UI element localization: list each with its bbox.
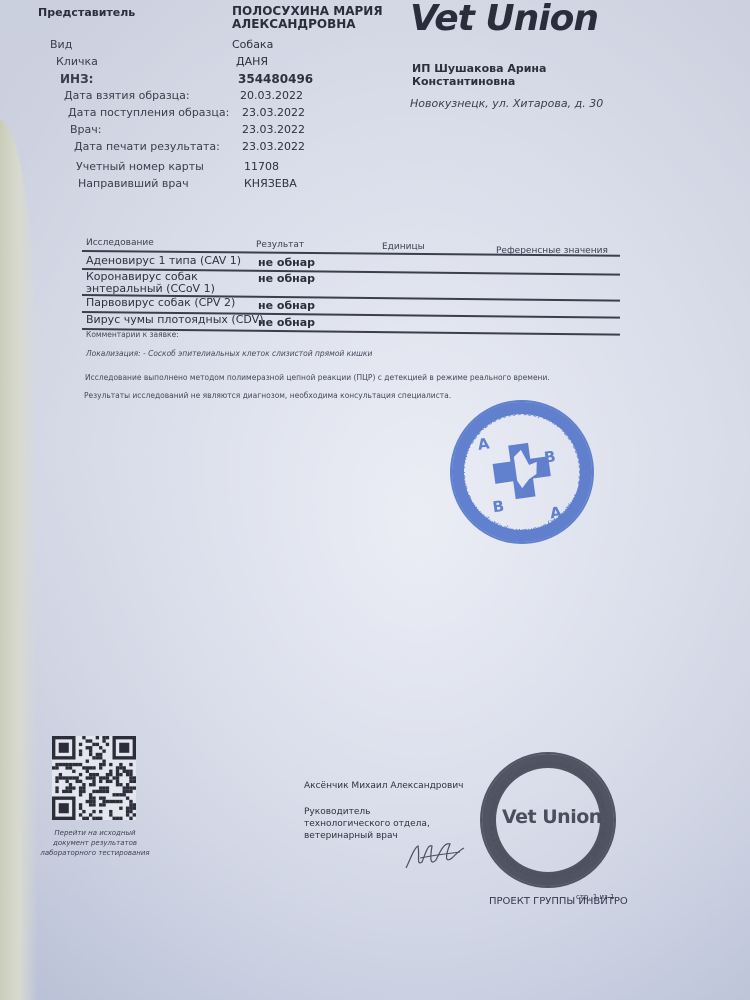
field-value: 23.03.2022 — [242, 123, 305, 136]
signature — [400, 838, 470, 874]
qr-caption: Перейти на исходный документ результатов… — [40, 828, 150, 858]
field-value: КНЯЗЕВА — [244, 177, 297, 190]
field-label: Врач: — [70, 123, 101, 136]
field-value: Собака — [232, 38, 273, 51]
vet-union-stamp: ОБЩЕСТВО С ОГРАНИЧЕННОЙ ОТВЕТСТВЕННОСТЬЮ… — [480, 752, 616, 888]
clinic-name: ИП Шушакова Арина Константиновна — [412, 62, 602, 88]
field-label: Кличка — [56, 55, 98, 68]
stamp-letter: А — [477, 434, 491, 453]
method-note: Исследование выполнено методом полимераз… — [85, 373, 550, 382]
signer-title: Руководитель технологического отдела, ве… — [304, 806, 454, 842]
representative-label: Представитель — [38, 6, 135, 19]
stamp-vet-union-logo: Vet Union — [502, 806, 602, 828]
field-value: 23.03.2022 — [242, 106, 305, 119]
field-label: Направивший врач — [78, 177, 189, 190]
field-label: Дата поступления образца: — [68, 106, 229, 119]
stamp-letter: В — [491, 497, 505, 516]
stamp-letter: В — [543, 447, 557, 466]
field-label: Дата взятия образца: — [64, 89, 190, 102]
table-row-result: не обнар — [258, 272, 315, 285]
page-fold-shadow — [0, 120, 38, 1000]
qr-code[interactable] — [52, 736, 136, 820]
field-label: ИНЗ: — [60, 72, 93, 86]
clinic-address: Новокузнецк, ул. Хитарова, д. 30 — [410, 97, 603, 110]
representative-value: ПОЛОСУХИНА МАРИЯ АЛЕКСАНДРОВНА — [232, 5, 407, 31]
clinic-stamp: ОГРНИП 321420500059155, ИНН 421703355250… — [441, 391, 604, 554]
comments-label: Комментарии к заявке: — [86, 330, 179, 339]
field-value: 354480496 — [238, 72, 313, 86]
field-label: Учетный номер карты — [76, 160, 204, 173]
table-row-test: Аденовирус 1 типа (CAV 1) — [86, 255, 241, 267]
disclaimer-note: Результаты исследований не являются диаг… — [84, 391, 451, 400]
document-page: Представитель ПОЛОСУХИНА МАРИЯ АЛЕКСАНДР… — [0, 0, 750, 1000]
column-header-test: Исследование — [86, 238, 154, 248]
field-value: 11708 — [244, 160, 279, 173]
field-value: 23.03.2022 — [242, 140, 305, 153]
table-row-test: Коронавирус собак энтеральный (CCoV 1) — [86, 271, 246, 295]
table-row-result: не обнар — [258, 316, 315, 329]
stamp-letter: А — [549, 503, 563, 522]
table-row-test: Вирус чумы плотоядных (CDV) — [86, 314, 263, 326]
table-row-result: не обнар — [258, 256, 315, 269]
table-row-result: не обнар — [258, 299, 315, 312]
localization-note: Локализация: - Соскоб эпителиальных клет… — [86, 349, 372, 358]
table-row-test: Парвовирус собак (CPV 2) — [86, 297, 235, 309]
signer-name: Аксёнчик Михаил Александрович — [304, 781, 464, 791]
vet-union-logo: Vet Union — [410, 0, 598, 39]
column-header-result: Результат — [256, 240, 304, 250]
field-value: ДАНЯ — [236, 55, 268, 68]
field-value: 20.03.2022 — [240, 89, 303, 102]
column-header-units: Единицы — [382, 242, 425, 252]
page-number: стр. 1 из 1 — [576, 893, 614, 901]
field-label: Дата печати результата: — [74, 140, 220, 153]
field-label: Вид — [50, 38, 72, 51]
